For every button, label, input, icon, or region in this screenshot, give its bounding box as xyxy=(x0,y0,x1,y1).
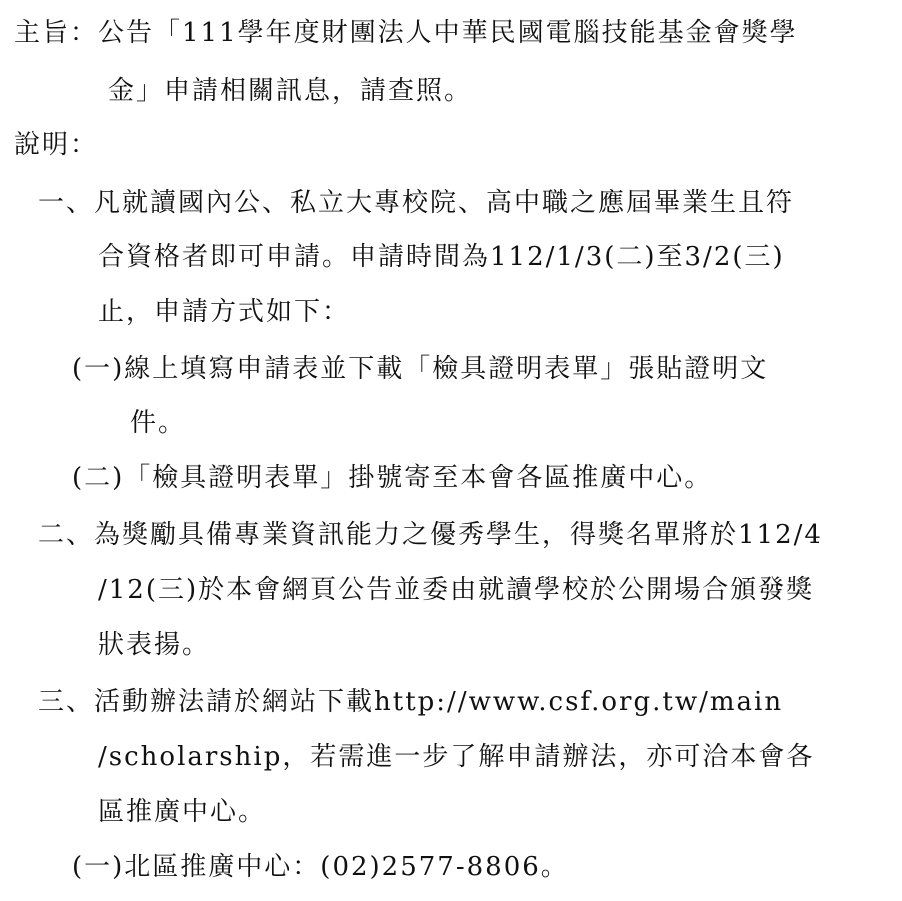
item-3-line-3: 區推廣中心。 xyxy=(98,795,266,829)
subject-line-2: 金」申請相關訊息，請查照。 xyxy=(108,74,472,108)
official-notice-document: 主旨：公告「111學年度財團法人中華民國電腦技能基金會獎學 金」申請相關訊息，請… xyxy=(0,0,902,901)
item-2-line-2: /12(三)於本會網頁公告並委由就讀學校於公開場合頒發獎 xyxy=(98,573,814,607)
item-1-sub-1-marker: (一) xyxy=(72,354,124,384)
item-1-marker: 一、 xyxy=(38,188,94,218)
item-1-sub-1-text: 線上填寫申請表並下載「檢具證明表單」張貼證明文 xyxy=(124,354,768,384)
item-1-sub-2-text: 「檢具證明表單」掛號寄至本會各區推廣中心。 xyxy=(124,463,712,493)
item-1-text: 凡就讀國內公、私立大專校院、高中職之應屆畢業生且符 xyxy=(94,188,794,218)
item-1-sub-1-line-1: (一)線上填寫申請表並下載「檢具證明表單」張貼證明文 xyxy=(72,352,768,386)
subject-label: 主旨： xyxy=(14,18,98,48)
item-3-line-2: /scholarship，若需進一步了解申請辦法，亦可洽本會各 xyxy=(98,740,814,774)
item-1-sub-2-line-1: (二)「檢具證明表單」掛號寄至本會各區推廣中心。 xyxy=(72,461,712,495)
item-3-sub-1-marker: (一) xyxy=(72,852,124,882)
north-center-phone-text: 北區推廣中心：(02)2577-8806。 xyxy=(124,852,569,882)
item-1-sub-2-marker: (二) xyxy=(72,463,124,493)
item-3-text: 活動辦法請於網站下載http://www.csf.org.tw/main xyxy=(94,687,783,717)
item-3-marker: 三、 xyxy=(38,687,94,717)
item-2-line-3: 狀表揚。 xyxy=(98,628,210,662)
subject-text: 公告「111學年度財團法人中華民國電腦技能基金會獎學 xyxy=(98,18,798,48)
item-1-sub-1-line-2: 件。 xyxy=(130,406,186,440)
item-3-line-1: 三、活動辦法請於網站下載http://www.csf.org.tw/main xyxy=(38,685,783,719)
item-1-line-3: 止，申請方式如下： xyxy=(98,295,350,329)
subject-line-1: 主旨：公告「111學年度財團法人中華民國電腦技能基金會獎學 xyxy=(14,16,798,50)
item-2-text: 為獎勵具備專業資訊能力之優秀學生，得獎名單將於112/4 xyxy=(94,520,823,550)
item-3-sub-1-line-1: (一)北區推廣中心：(02)2577-8806。 xyxy=(72,850,569,884)
item-2-line-1: 二、為獎勵具備專業資訊能力之優秀學生，得獎名單將於112/4 xyxy=(38,518,823,552)
item-2-marker: 二、 xyxy=(38,520,94,550)
explanation-label: 說明： xyxy=(14,128,98,162)
item-1-line-1: 一、凡就讀國內公、私立大專校院、高中職之應屆畢業生且符 xyxy=(38,186,794,220)
item-1-line-2: 合資格者即可申請。申請時間為112/1/3(二)至3/2(三) xyxy=(98,240,785,274)
